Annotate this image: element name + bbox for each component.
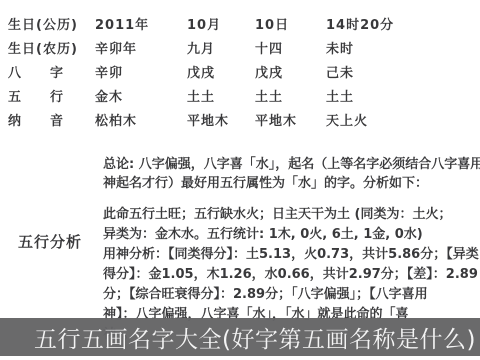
table-cell: 10月 [187,14,221,33]
table-cell: 未时 [326,38,354,57]
table-cell: 十四 [255,38,283,57]
table-cell: 辛卯年 [95,38,137,57]
analysis-line: 用神分析：【同类得分】：土5.13，火0.73，共计5.86分；【异类 [103,245,475,265]
table-cell: 辛卯 [95,62,123,81]
row-label: 五 行 [8,86,64,105]
analysis-line: 得分】：金1.05，木1.26，水0.66，共计2.97分；【差】：2.89 [103,265,475,285]
table-cell: 松柏木 [95,110,137,129]
table-row-wuxing: 五 行 金木 土土 土土 土土 [0,86,480,110]
table-row-nayin: 纳 音 松柏木 平地木 平地木 天上火 [0,110,480,134]
summary-line: 神起名才行）最好用五行属性为「水」的字。分析如下： [103,174,473,193]
summary-paragraph: 总论: 八字偏强，八字喜「水」，起名（上等名字必须结合八字喜用 神起名才行）最好… [103,155,473,193]
row-label: 纳 音 [8,110,64,129]
table-cell: 戊戌 [255,62,283,81]
table-cell: 2011年 [95,14,149,33]
table-cell: 平地木 [187,110,229,129]
row-label: 八 字 [8,62,64,81]
table-cell: 九月 [187,38,215,57]
table-cell: 戊戌 [187,62,215,81]
table-cell: 天上火 [326,110,368,129]
analysis-line: 异类为：金木水。五行统计: 1木, 0火, 6土, 1金, 0水) [103,225,475,245]
table-cell: 土土 [187,86,215,105]
row-label: 生日(公历) [8,14,78,33]
caption-title: 五行五画名字大全(好字第五画名称是什么) [0,321,476,354]
table-cell: 14时20分 [326,14,394,33]
analysis-line: 此命五行土旺；五行缺水火；日主天干为土 (同类为：土火； [103,205,475,225]
summary-line: 总论: 八字偏强，八字喜「水」，起名（上等名字必须结合八字喜用 [103,155,473,174]
table-row-lunar-birthday: 生日(农历) 辛卯年 九月 十四 未时 [0,38,480,62]
birth-info-table: 生日(公历) 2011年 10月 10日 14时20分 生日(农历) 辛卯年 九… [0,14,480,134]
row-label: 生日(农历) [8,38,78,57]
table-cell: 土土 [255,86,283,105]
table-cell: 平地木 [255,110,297,129]
table-cell: 土土 [326,86,354,105]
table-cell: 金木 [95,86,123,105]
table-cell: 己未 [326,62,354,81]
wuxing-analysis-label: 五行分析 [18,231,82,252]
caption-bar: 五行五画名字大全(好字第五画名称是什么) [0,318,480,356]
table-row-solar-birthday: 生日(公历) 2011年 10月 10日 14时20分 [0,14,480,38]
table-cell: 10日 [255,14,289,33]
table-row-bazi: 八 字 辛卯 戊戌 戊戌 己未 [0,62,480,86]
analysis-line: 分；【综合旺衰得分】：2.89分；「八字偏强」；【八字喜用 [103,285,475,305]
